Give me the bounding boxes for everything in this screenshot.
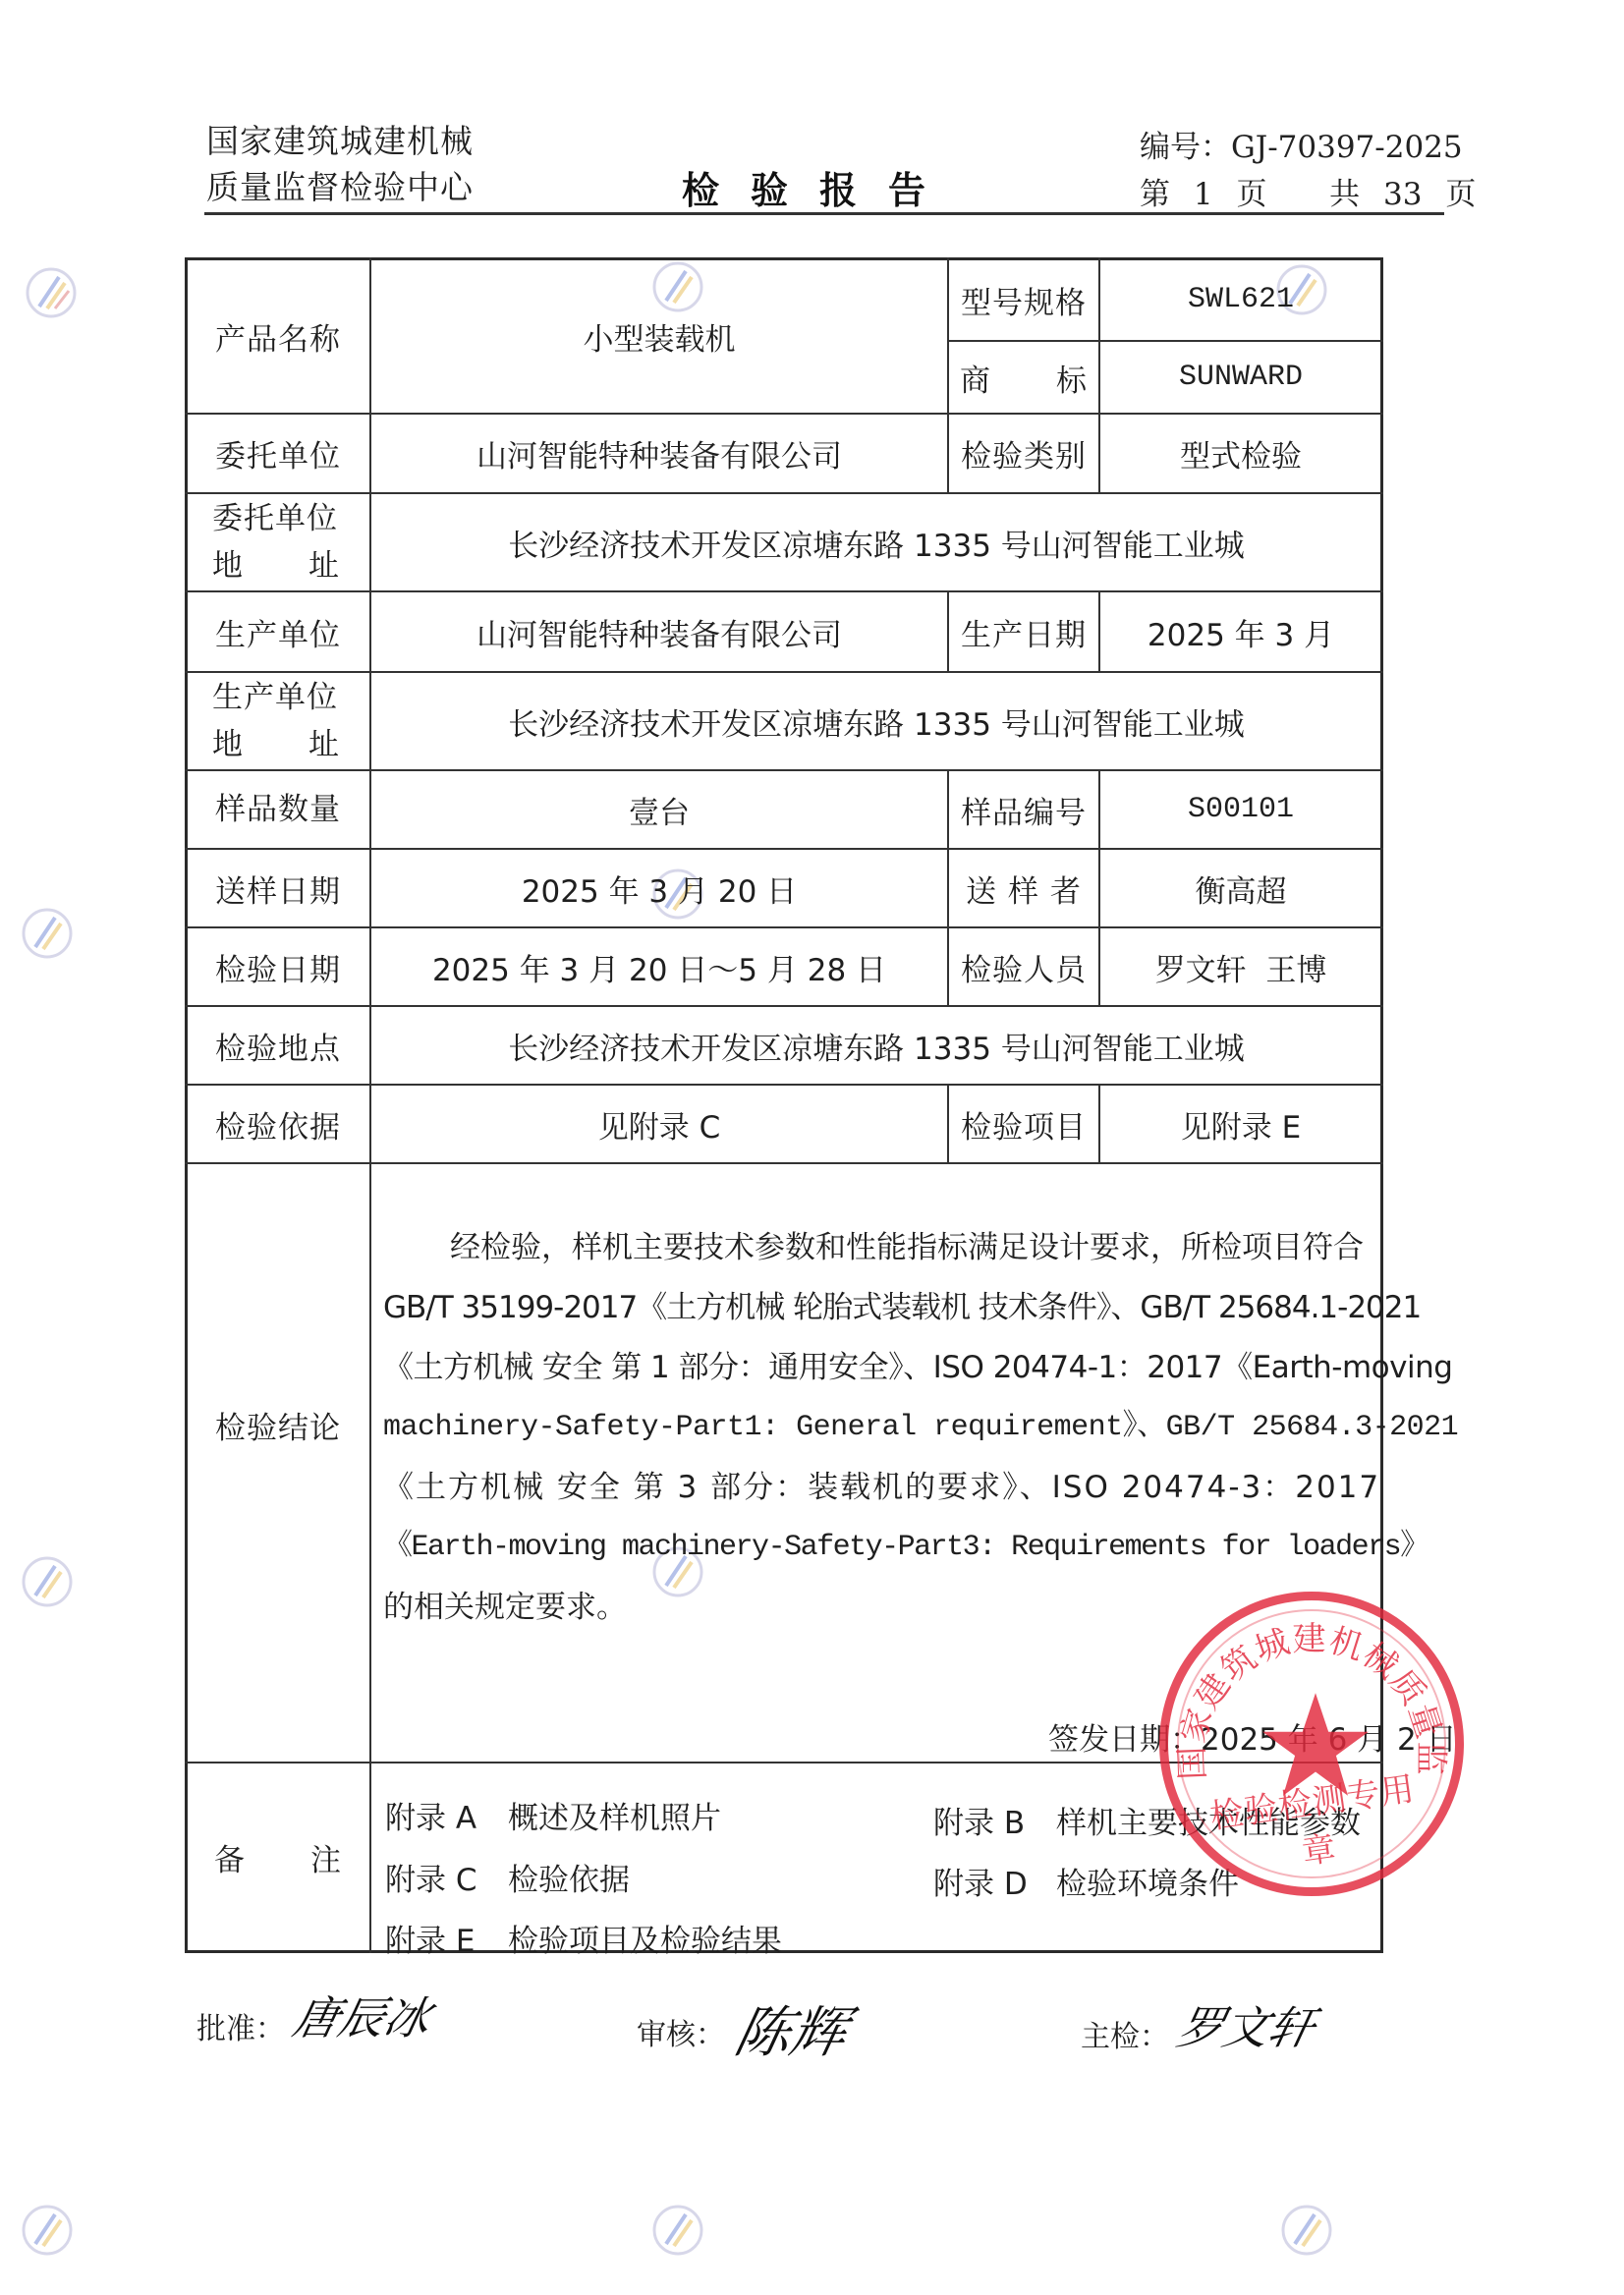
manufacturer-value: 山河智能特种装备有限公司 — [371, 592, 947, 671]
trademark-value: SUNWARD — [1100, 342, 1381, 413]
inspection-type-label: 检验类别 — [949, 415, 1098, 492]
report-number: 编号：GJ-70397-2025 — [1140, 122, 1463, 166]
remarks-label: 备注 — [187, 1827, 369, 1886]
production-date-label: 生产日期 — [949, 592, 1098, 671]
appendix-e: 附录 E检验项目及检验结果 — [385, 1916, 782, 1960]
official-seal: 国家建筑城建机械质量监督检验中心 检验检测专用章 — [1159, 1592, 1464, 1896]
product-name-value: 小型装载机 — [371, 259, 947, 413]
sample-no-value: S00101 — [1100, 771, 1381, 848]
appendix-title: 概述及样机照片 — [508, 1801, 721, 1836]
appendix-c: 附录 C检验依据 — [385, 1855, 630, 1899]
sample-qty-label: 样品数量 — [187, 771, 369, 848]
deliverer-value: 衡高超 — [1100, 850, 1381, 926]
conclusion-line: machinery-Safety-Part1: General requirem… — [383, 1398, 1454, 1458]
inspection-site-value: 长沙经济技术开发区凉塘东路 1335 号山河智能工业城 — [371, 1007, 1381, 1084]
trademark-label-char: 商 — [960, 356, 991, 400]
items-label: 检验项目 — [949, 1086, 1098, 1162]
watermark-logo-icon — [1277, 2201, 1336, 2260]
delivery-date-value: 2025 年 3 月 20 日 — [371, 850, 947, 926]
remarks-label-char: 备 — [214, 1835, 246, 1879]
reviewer-label: 审核： — [637, 2010, 725, 2053]
basis-label: 检验依据 — [187, 1086, 369, 1162]
appendix-key: 附录 A — [385, 1793, 508, 1837]
page-current: 1 — [1194, 177, 1213, 212]
production-date-value: 2025 年 3 月 — [1100, 592, 1381, 671]
manufacturer-address-label-line1: 生产单位 — [212, 674, 338, 721]
remarks-label-char: 注 — [310, 1835, 342, 1879]
model-label: 型号规格 — [949, 259, 1098, 340]
page-total: 33 — [1383, 177, 1422, 212]
sample-qty-value: 壹台 — [371, 771, 947, 848]
issuer-name-line2: 质量监督检验中心 — [206, 162, 474, 208]
manufacturer-address-label-char: 地 — [212, 721, 244, 768]
conclusion-line: 经检验，样机主要技术参数和性能指标满足设计要求，所检项目符合 — [383, 1218, 1454, 1278]
watermark-logo-icon — [22, 263, 81, 322]
appendix-key: 附录 E — [385, 1916, 508, 1960]
conclusion-line: GB/T 35199-2017《土方机械 轮胎式装载机 技术条件》、GB/T 2… — [383, 1278, 1454, 1338]
appendix-title: 检验依据 — [508, 1863, 630, 1898]
inspectors-label: 检验人员 — [949, 928, 1098, 1005]
appendix-key: 附录 D — [933, 1859, 1056, 1903]
conclusion-label: 检验结论 — [187, 1336, 369, 1513]
basis-value: 见附录 C — [371, 1086, 947, 1162]
sample-no-label: 样品编号 — [949, 771, 1098, 848]
page-indicator: 第 1 页 共 33 页 — [1140, 169, 1476, 213]
report-number-label: 编号： — [1140, 130, 1231, 165]
header-divider — [204, 212, 1444, 215]
trademark-label: 商标 — [949, 342, 1098, 413]
watermark-logo-icon — [18, 1552, 77, 1611]
client-address-label-char: 址 — [308, 542, 340, 589]
inspection-site-label: 检验地点 — [187, 1007, 369, 1084]
manufacturer-address-label: 生产单位 地址 — [187, 673, 369, 769]
inspection-type-value: 型式检验 — [1100, 415, 1381, 492]
document-title: 检验报告 — [682, 160, 957, 214]
watermark-logo-icon — [18, 2201, 77, 2260]
page-mid: 页 — [1236, 169, 1266, 213]
reviewer-signature: 陈辉 — [728, 1989, 855, 2068]
chief-inspector-label: 主检： — [1081, 2012, 1169, 2055]
manufacturer-label: 生产单位 — [187, 592, 369, 671]
conclusion-line: 《土方机械 安全 第 1 部分：通用安全》、ISO 20474-1：2017《E… — [383, 1338, 1454, 1398]
page-prefix: 第 — [1140, 169, 1170, 213]
watermark-logo-icon — [648, 2201, 707, 2260]
inspectors-value: 罗文轩 王博 — [1100, 928, 1381, 1005]
conclusion-line: 《土方机械 安全 第 3 部分：装载机的要求》、ISO 20474-3：2017 — [383, 1458, 1454, 1518]
watermark-logo-icon — [18, 904, 77, 963]
client-address-label: 委托单位 地址 — [187, 494, 369, 590]
page-suffix: 页 — [1445, 169, 1476, 213]
client-address-label-char: 地 — [212, 542, 244, 589]
product-name-label: 产品名称 — [187, 259, 369, 413]
inspection-date-value: 2025 年 3 月 20 日～5 月 28 日 — [371, 928, 947, 1005]
delivery-date-label: 送样日期 — [187, 850, 369, 926]
issuer-name-line1: 国家建筑城建机械 — [206, 116, 474, 162]
conclusion-line: 《Earth-moving machinery-Safety-Part3: Re… — [383, 1518, 1454, 1578]
appendix-key: 附录 B — [933, 1798, 1056, 1842]
row-divider — [185, 1162, 1383, 1164]
trademark-label-char: 标 — [1056, 356, 1088, 400]
conclusion-text: 经检验，样机主要技术参数和性能指标满足设计要求，所检项目符合 GB/T 3519… — [383, 1218, 1454, 1638]
approver-label: 批准： — [196, 2004, 285, 2047]
manufacturer-address-label-char: 址 — [308, 721, 340, 768]
inspection-date-label: 检验日期 — [187, 928, 369, 1005]
manufacturer-address-value: 长沙经济技术开发区凉塘东路 1335 号山河智能工业城 — [371, 673, 1381, 769]
appendix-a: 附录 A概述及样机照片 — [385, 1793, 721, 1837]
page-total-prefix: 共 — [1329, 169, 1360, 213]
report-number-value: GJ-70397-2025 — [1231, 130, 1463, 165]
appendix-key: 附录 C — [385, 1855, 508, 1899]
appendix-title: 检验项目及检验结果 — [508, 1924, 782, 1959]
model-value: SWL621 — [1100, 259, 1381, 340]
client-value: 山河智能特种装备有限公司 — [371, 415, 947, 492]
client-address-value: 长沙经济技术开发区凉塘东路 1335 号山河智能工业城 — [371, 494, 1381, 590]
client-address-label-line1: 委托单位 — [212, 495, 338, 542]
approver-signature: 唐辰冰 — [288, 1983, 437, 2047]
items-value: 见附录 E — [1100, 1086, 1381, 1162]
deliverer-label: 送 样 者 — [949, 850, 1098, 926]
chief-inspector-signature: 罗文轩 — [1172, 1992, 1321, 2057]
client-label: 委托单位 — [187, 415, 369, 492]
